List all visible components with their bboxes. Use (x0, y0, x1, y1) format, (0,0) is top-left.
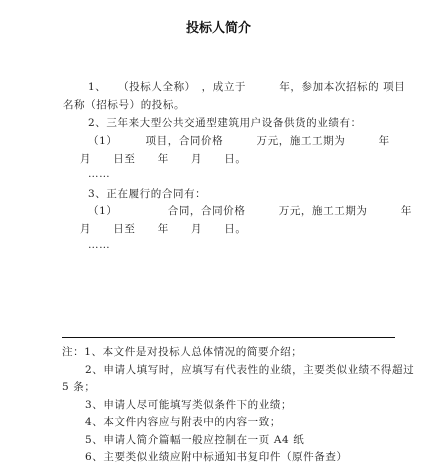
note-3: 3、申请人尽可能填写类似条件下的业绩； (85, 397, 292, 412)
body-line-10: …… (88, 239, 110, 251)
body-line-3: 2、三年来大型公共交通型建筑用户设备供货的业绩有： (88, 115, 362, 130)
body-line-4: （1） 项目，合同价格 万元，施工工期为 年 (88, 133, 390, 148)
note-6: 6、主要类似业绩应附中标通知书复印件（原件备查） (85, 449, 348, 464)
document-title: 投标人简介 (0, 17, 437, 36)
body-line-8: （1） 合同，合同价格 万元，施工工期为 年 (88, 203, 412, 218)
note-5: 5、申请人简介篇幅一般应控制在一页 A4 纸 (85, 432, 304, 447)
body-line-6: …… (88, 168, 110, 180)
body-line-9: 月 日至 年 月 日。 (80, 221, 247, 236)
body-line-5: 月 日至 年 月 日。 (80, 151, 247, 166)
body-line-2: 名称（招标号）的投标。 (63, 97, 185, 112)
note-1: 注：1、本文件是对投标人总体情况的简要介绍； (62, 344, 302, 359)
divider-line (62, 337, 395, 338)
note-4: 4、本文件内容应与附表中的内容一致； (85, 414, 281, 429)
body-line-1: 1、 （投标人全称） ，成立于 年，参加本次招标的 项目 (88, 79, 405, 94)
note-2: 2、申请人填写时，应填写有代表性的业绩，主要类似业绩不得超过 (85, 362, 414, 377)
body-line-7: 3、正在履行的合同有： (88, 186, 206, 201)
note-2-cont: 5 条； (62, 379, 95, 394)
